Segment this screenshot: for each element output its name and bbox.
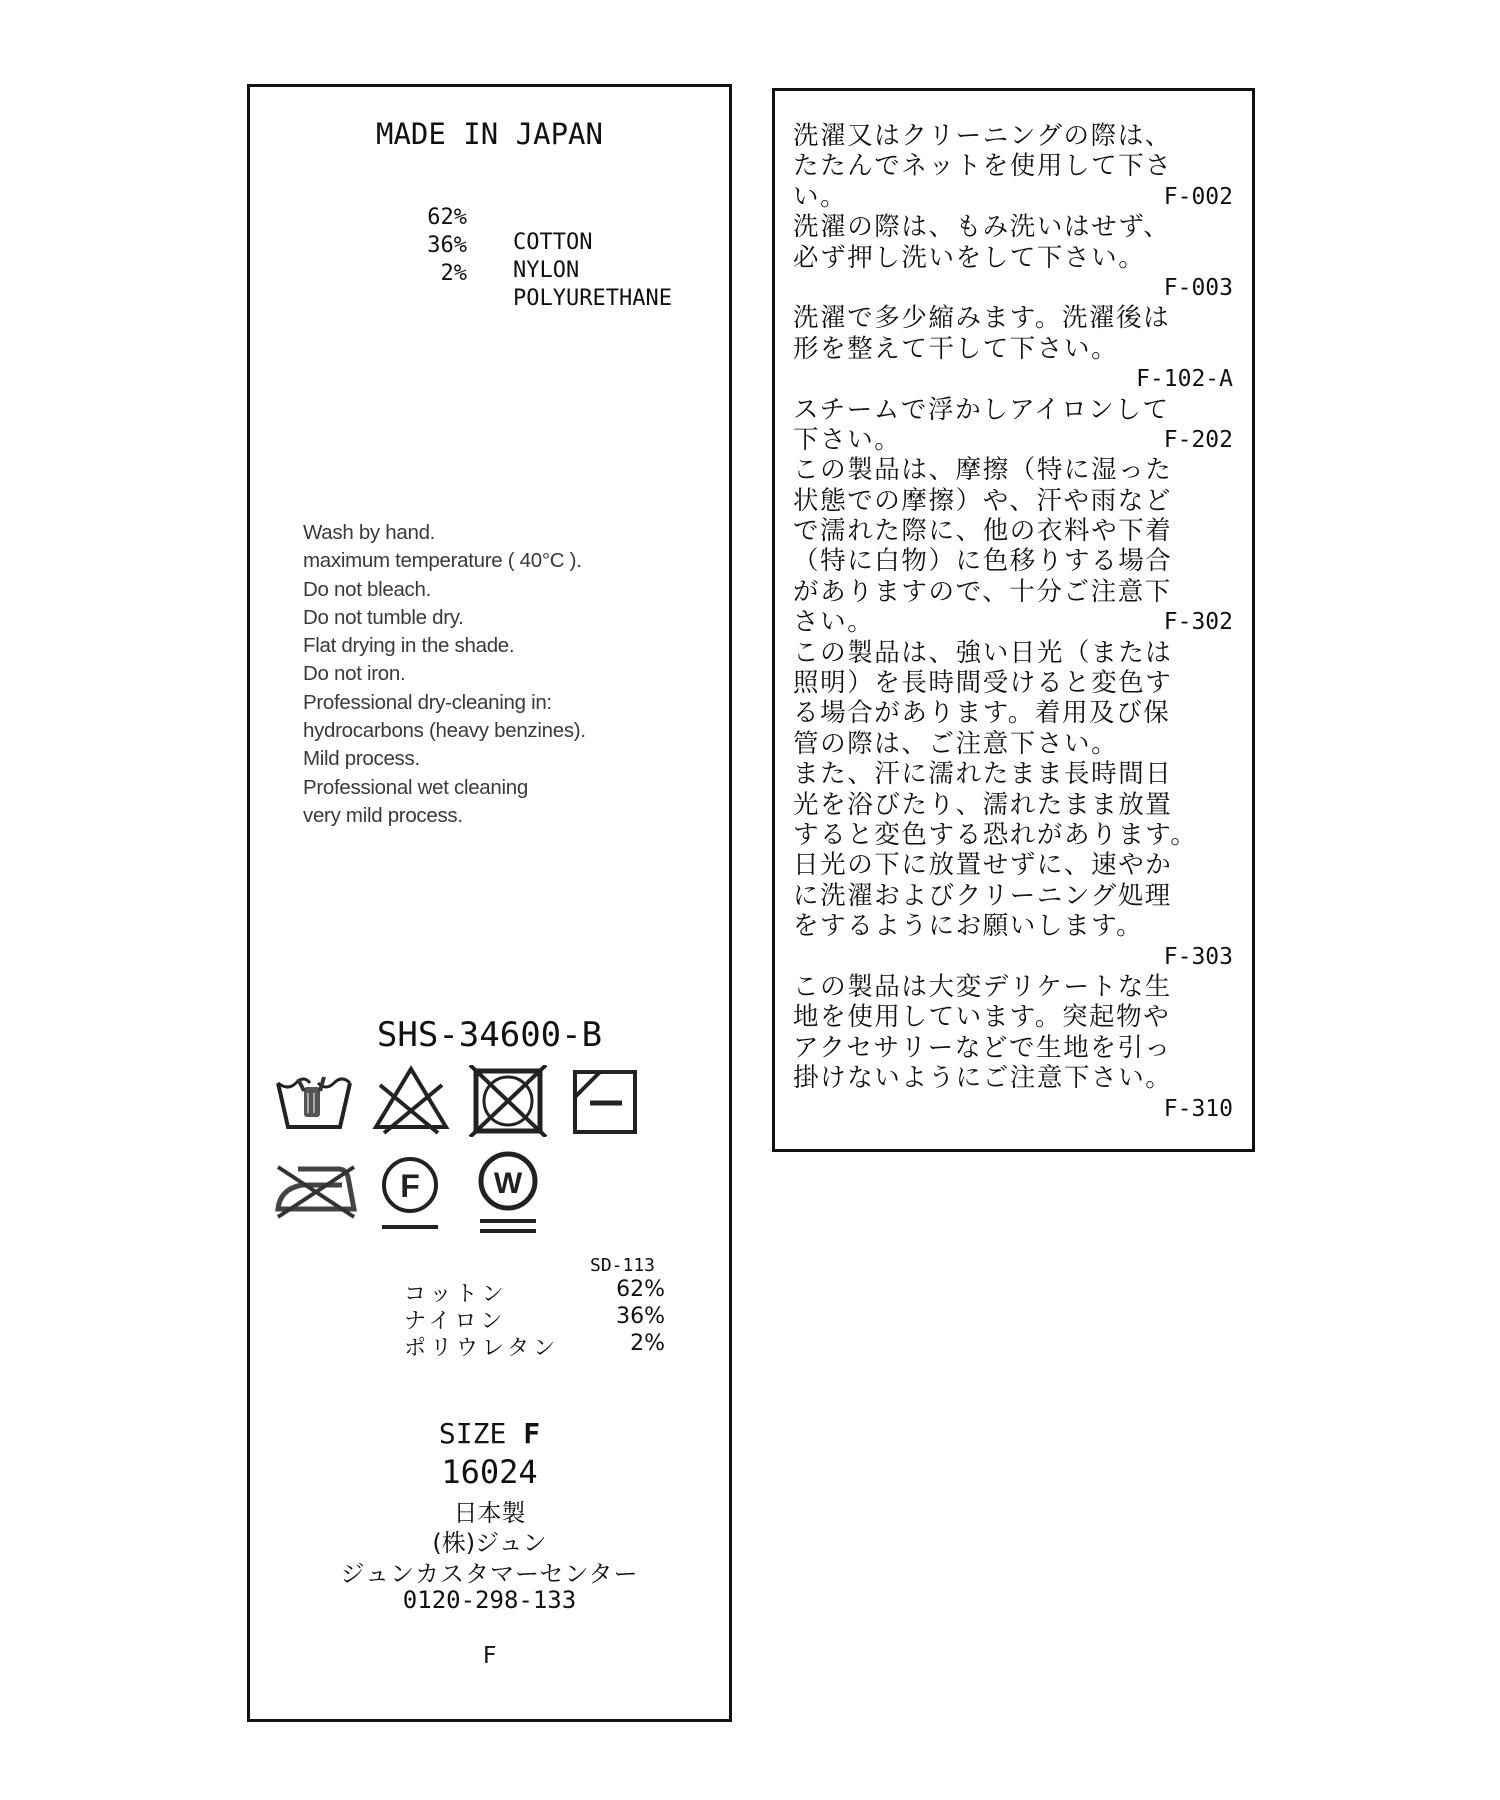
note-line: 洗濯又はクリーニングの際は、 [793,121,1233,151]
style-number: SHS-34600-B [250,1015,729,1055]
note-text: で濡れた際に、他の衣料や下着 [793,516,1172,546]
care-line: Mild process. [303,745,586,773]
note-line: がありますので、十分ご注意下 [793,577,1233,607]
no-tumble-dry-icon [468,1065,548,1137]
note-text: （特に白物）に色移りする場合 [793,546,1172,576]
composition-percent: 2% [441,261,468,286]
note-code: F-302 [1164,607,1233,637]
note-line: をするようにお願いします。 [793,911,1233,941]
note-code: F-202 [1164,425,1233,455]
note-code: F-003 [1164,273,1233,303]
care-instructions-en: Wash by hand. maximum temperature ( 40°C… [303,519,586,830]
note-text: この製品は、摩擦（特に湿った [793,455,1172,485]
note-line: る場合があります。着用及び保 [793,698,1233,728]
note-text: 洗濯で多少縮みます。洗濯後は [793,303,1170,333]
note-text: 光を浴びたり、濡れたまま放置 [793,790,1172,820]
composition-jp-percent: 2% [630,1331,665,1356]
note-text: たたんでネットを使用して下さ [793,151,1172,181]
note-code: F-303 [1164,942,1233,972]
care-line: Do not iron. [303,660,586,688]
note-text: がありますので、十分ご注意下 [793,577,1172,607]
composition-jp-material: ポリウレタン [404,1331,559,1362]
care-label-notes-jp: 洗濯又はクリーニングの際は、 たたんでネットを使用して下さ い。F-002 洗濯… [772,88,1255,1152]
note-text: 日光の下に放置せずに、速やか [793,850,1172,880]
composition-jp-percent: 36% [616,1304,665,1329]
note-line: に洗濯およびクリーニング処理 [793,881,1233,911]
note-line: 洗濯で多少縮みます。洗濯後は [793,303,1233,333]
care-line: Do not tumble dry. [303,604,586,632]
customer-center: ジュンカスタマーセンター [250,1554,729,1589]
size-line: SIZE F [250,1417,729,1450]
note-text: 洗濯の際は、もみ洗いはせず、 [793,212,1170,242]
note-line: で濡れた際に、他の衣料や下着 [793,516,1233,546]
phone-number: 0120-298-133 [250,1586,729,1614]
composition-jp-row: ポリウレタン 2% [250,1331,729,1358]
note-line: い。F-002 [793,182,1233,212]
care-line: Flat drying in the shade. [303,632,586,660]
care-line: Professional wet cleaning [303,774,586,802]
note-text: 洗濯又はクリーニングの際は、 [793,121,1172,151]
note-text: この製品は、強い日光（または [793,638,1172,668]
note-line: スチームで浮かしアイロンして [793,395,1233,425]
lot-number: 16024 [250,1453,729,1491]
care-line: hydrocarbons (heavy benzines). [303,717,586,745]
svg-text:F: F [400,1168,420,1204]
size-label: SIZE [439,1417,506,1450]
note-line: （特に白物）に色移りする場合 [793,546,1233,576]
note-text: い。 [793,182,847,212]
dry-clean-f-icon: F [378,1155,442,1235]
care-line: Professional dry-cleaning in: [303,689,586,717]
note-line: 洗濯の際は、もみ洗いはせず、 [793,212,1233,242]
note-line: この製品は、摩擦（特に湿った [793,455,1233,485]
made-in-text: MADE IN JAPAN [250,117,729,151]
care-label-main: MADE IN JAPAN 62% COTTON 36% NYLON 2% PO… [247,84,732,1722]
hand-wash-icon [274,1069,354,1133]
note-text: 掛けないようにご注意下さい。 [793,1063,1172,1093]
company-name: (株)ジュン [250,1523,729,1558]
note-line: たたんでネットを使用して下さ [793,151,1233,181]
note-text: 管の際は、ご注意下さい。 [793,729,1118,759]
composition-jp-percent: 62% [616,1277,665,1302]
note-line: 管の際は、ご注意下さい。 [793,729,1233,759]
note-line: また、汗に濡れたまま長時間日 [793,759,1233,789]
composition-code: SD-113 [590,1255,655,1276]
note-line: 下さい。F-202 [793,425,1233,455]
note-text: スチームで浮かしアイロンして [793,395,1170,425]
care-line: Do not bleach. [303,576,586,604]
note-text: さい。 [793,607,874,637]
note-line: この製品は、強い日光（または [793,638,1233,668]
note-line: この製品は大変デリケートな生 [793,972,1233,1002]
note-text: 下さい。 [793,425,901,455]
note-line: 照明）を長時間受けると変色す [793,668,1233,698]
note-line: 日光の下に放置せずに、速やか [793,850,1233,880]
composition-jp-row: ナイロン 36% [250,1304,729,1331]
care-line: Wash by hand. [303,519,586,547]
wet-clean-w-icon: W [476,1151,540,1237]
note-text: この製品は大変デリケートな生 [793,972,1172,1002]
no-bleach-icon [372,1065,450,1135]
note-code: F-310 [1164,1094,1233,1124]
note-line: 光を浴びたり、濡れたまま放置 [793,790,1233,820]
note-line: 掛けないようにご注意下さい。 [793,1063,1233,1093]
note-text: また、汗に濡れたまま長時間日 [793,759,1172,789]
care-line: very mild process. [303,802,586,830]
composition-material: POLYURETHANE [513,286,672,311]
note-line: F-303 [793,942,1233,972]
composition-row: 2% POLYURETHANE [250,236,729,264]
composition-row: 62% COTTON [250,180,729,208]
note-text: 地を使用しています。突起物や [793,1002,1170,1032]
note-line: さい。F-302 [793,607,1233,637]
note-line: F-310 [793,1094,1233,1124]
care-line: maximum temperature ( 40°C ). [303,547,586,575]
care-notes-jp: 洗濯又はクリーニングの際は、 たたんでネットを使用して下さ い。F-002 洗濯… [793,121,1233,1124]
note-line: F-003 [793,273,1233,303]
flat-dry-shade-icon [572,1069,638,1135]
composition-row: 36% NYLON [250,208,729,236]
note-text: をするようにお願いします。 [793,911,1143,941]
no-iron-icon [274,1161,358,1221]
note-text: すると変色する恐れがあります。 [793,820,1197,850]
note-line: 必ず押し洗いをして下さい。 [793,243,1233,273]
note-text: 状態での摩擦）や、汗や雨など [793,486,1172,516]
size-value: F [523,1417,540,1450]
note-line: すると変色する恐れがあります。 [793,820,1233,850]
composition-jp-row: コットン 62% [250,1277,729,1304]
size-code: F [250,1643,729,1669]
note-code: F-002 [1164,182,1233,212]
note-line: アクセサリーなどで生地を引っ [793,1033,1233,1063]
note-text: に洗濯およびクリーニング処理 [793,881,1172,911]
note-text: 必ず押し洗いをして下さい。 [793,243,1145,273]
note-text: 形を整えて干して下さい。 [793,334,1118,364]
note-line: 形を整えて干して下さい。 [793,334,1233,364]
note-line: 地を使用しています。突起物や [793,1002,1233,1032]
note-code: F-102-A [1136,364,1233,394]
note-line: F-102-A [793,364,1233,394]
svg-text:W: W [494,1167,523,1200]
note-text: 照明）を長時間受けると変色す [793,668,1172,698]
note-line: 状態での摩擦）や、汗や雨など [793,486,1233,516]
note-text: る場合があります。着用及び保 [793,698,1170,728]
note-text: アクセサリーなどで生地を引っ [793,1033,1172,1063]
